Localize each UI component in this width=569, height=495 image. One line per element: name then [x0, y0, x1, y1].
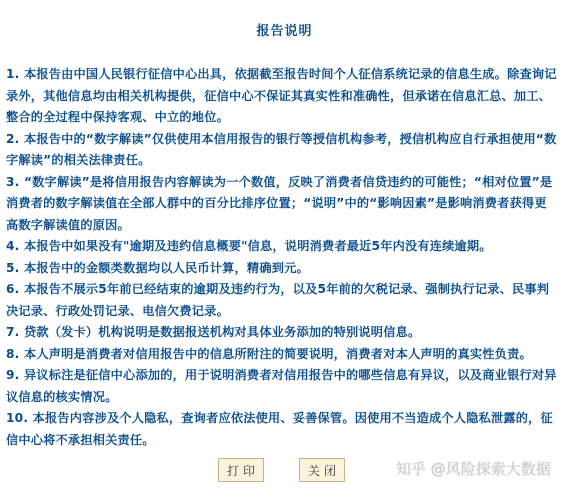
note-item: 7. 贷款（发卡）机构说明是数据报送机构对具体业务添加的特别说明信息。: [6, 322, 558, 344]
note-item: 4. 本报告中如果没有"逾期及违约信息概要"信息，说明消费者最近5年内没有连续逾…: [6, 236, 558, 258]
page-title: 报告说明: [0, 20, 569, 39]
note-item: 2. 本报告中的“数字解读”仅供使用本信用报告的银行等授信机构参考，授信机构应自…: [6, 129, 558, 172]
close-button[interactable]: 关闭: [299, 458, 345, 482]
watermark: 知乎 @风险探索大数据: [396, 458, 551, 479]
note-item: 10. 本报告内容涉及个人隐私，查询者应依法使用、妥善保管。因使用不当造成个人隐…: [6, 408, 558, 451]
note-item: 1. 本报告由中国人民银行征信中心出具，依据截至报告时间个人征信系统记录的信息生…: [6, 64, 558, 129]
note-item: 9. 异议标注是征信中心添加的，用于说明消费者对信用报告中的哪些信息有异议，以及…: [6, 365, 558, 408]
report-notes-list: 1. 本报告由中国人民银行征信中心出具，依据截至报告时间个人征信系统记录的信息生…: [6, 64, 558, 451]
note-item: 3. “数字解读”是将信用报告内容解读为一个数值，反映了消费者信贷违约的可能性；…: [6, 172, 558, 237]
note-item: 5. 本报告中的金额类数据均以人民币计算，精确到元。: [6, 258, 558, 280]
note-item: 6. 本报告不展示5年前已经结束的逾期及违约行为，以及5年前的欠税记录、强制执行…: [6, 279, 558, 322]
note-item: 8. 本人声明是消费者对信用报告中的信息所附注的简要说明，消费者对本人声明的真实…: [6, 344, 558, 366]
print-button[interactable]: 打印: [218, 458, 264, 482]
